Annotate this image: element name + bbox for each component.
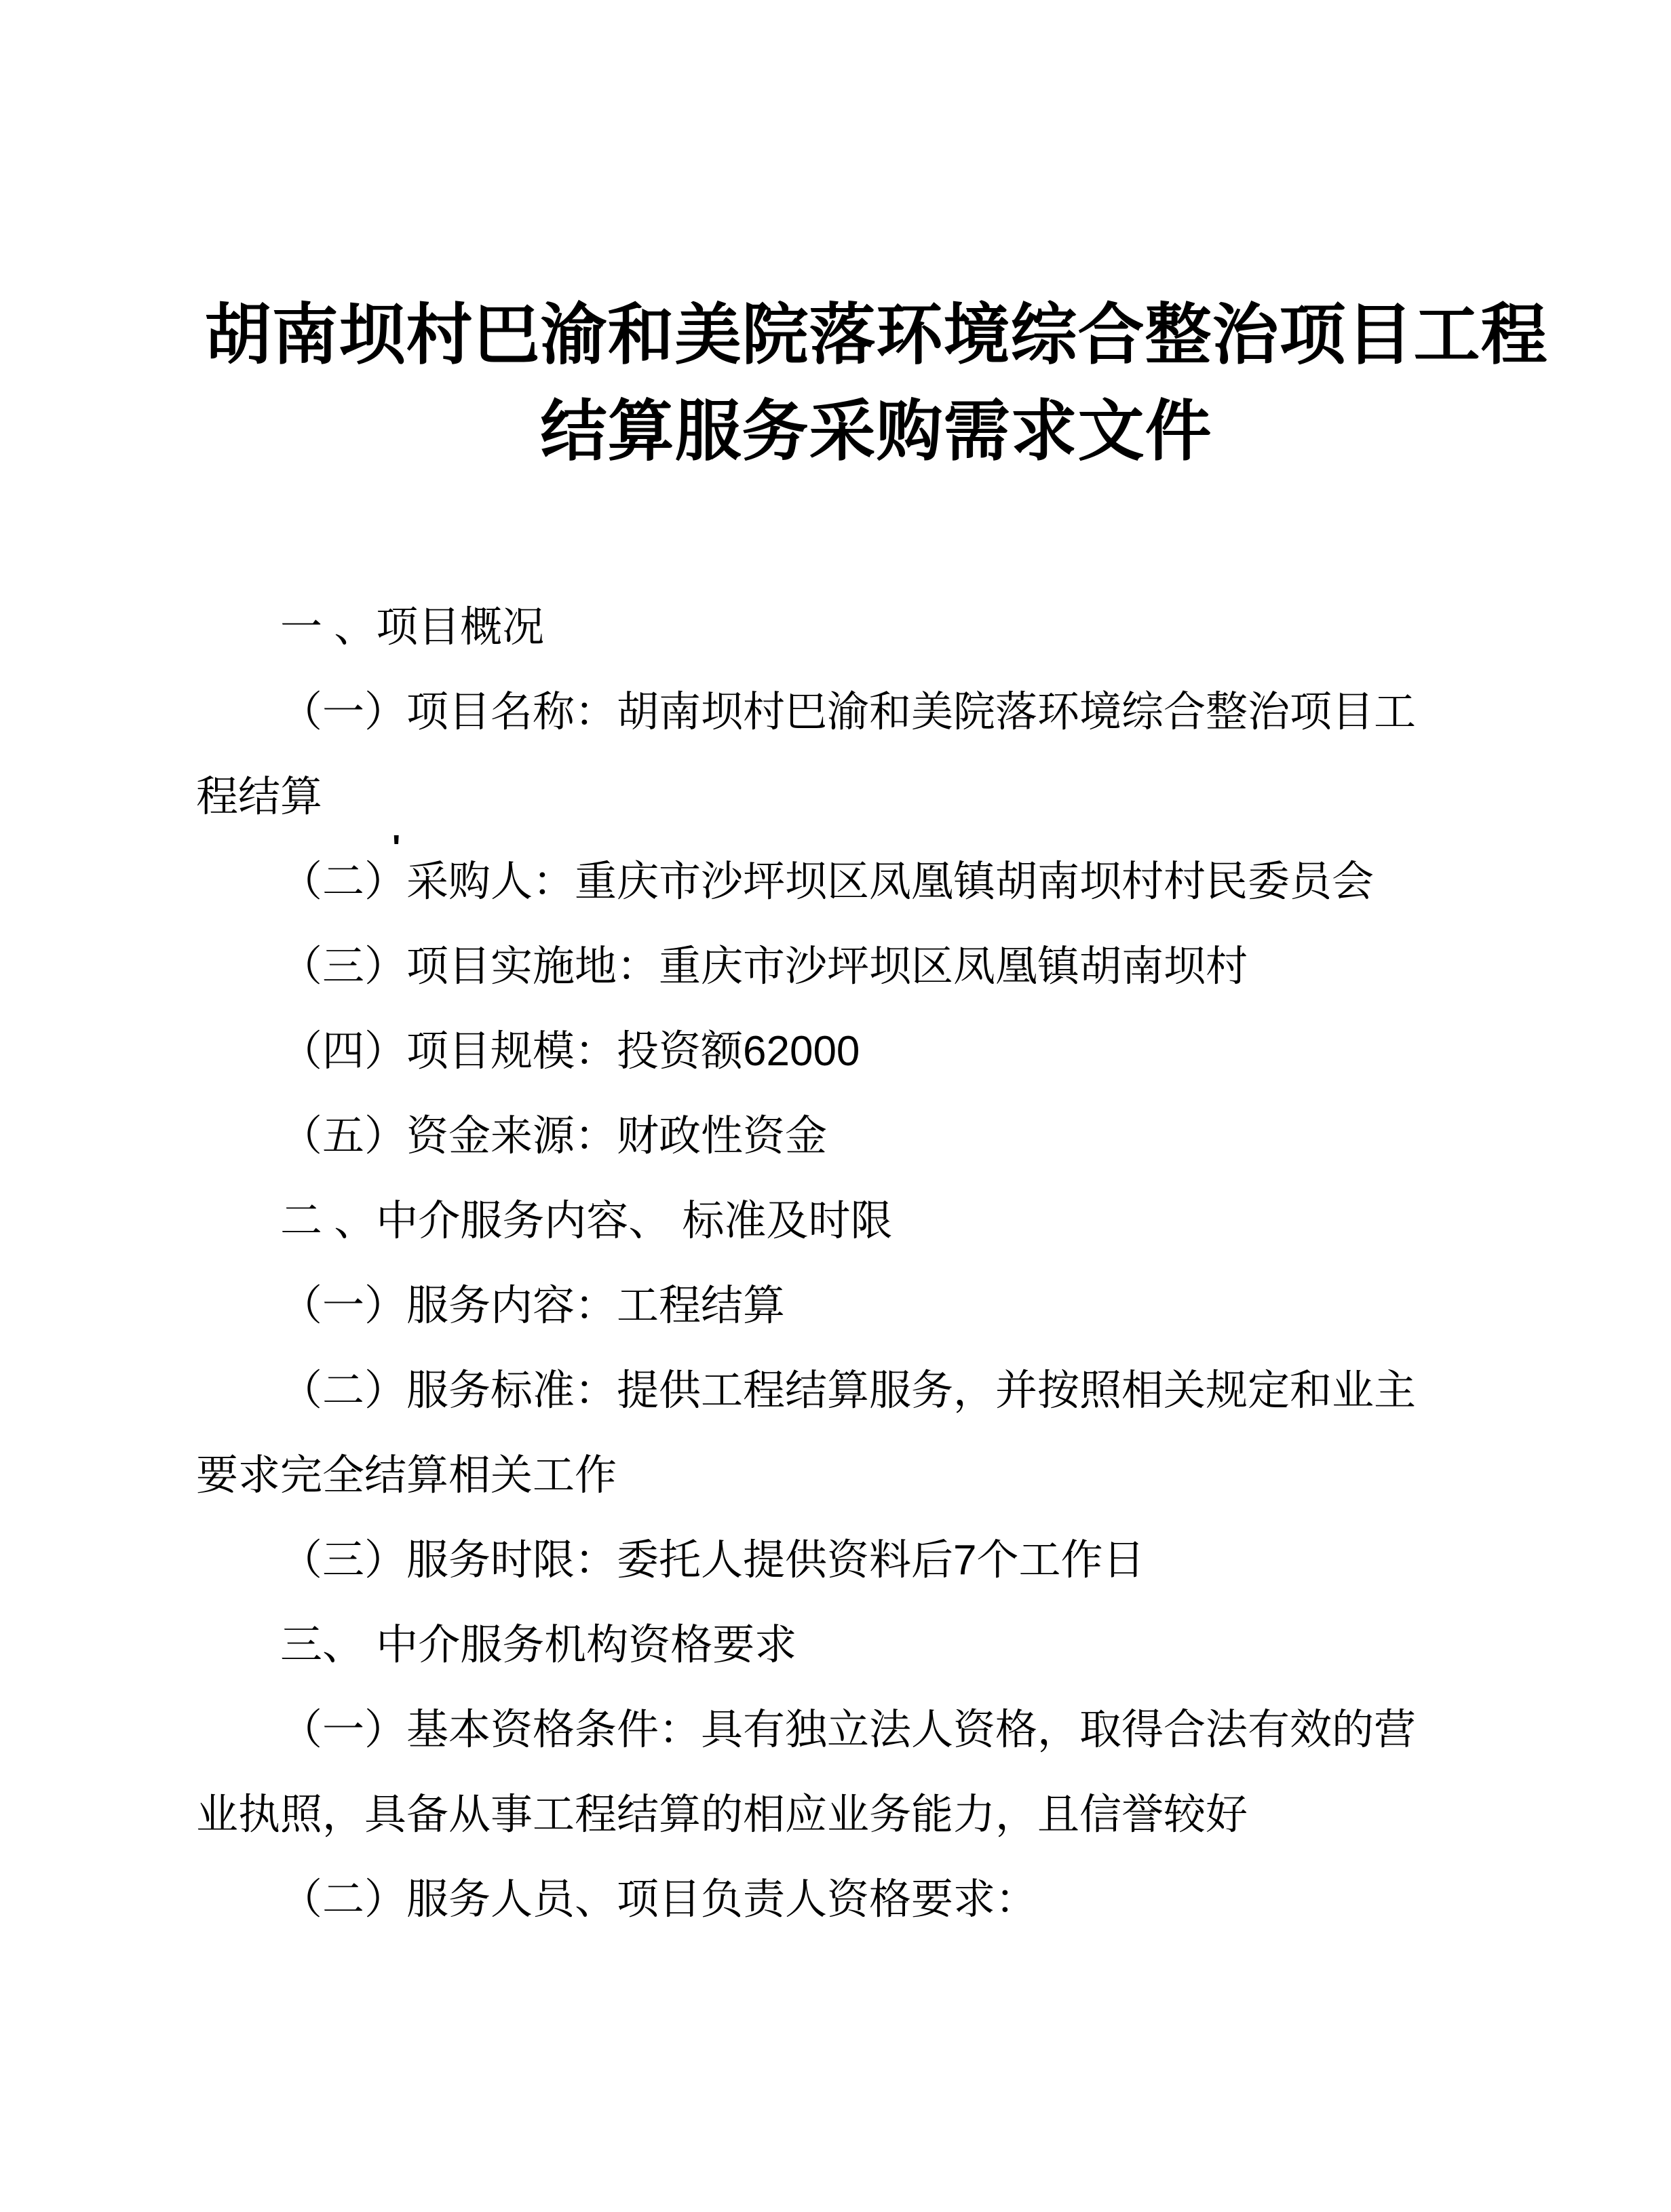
document-line: 业执照，具备从事工程结算的相应业务能力，且信誉较好 xyxy=(196,1772,1512,1857)
document-line: （一）服务内容：工程结算 xyxy=(196,1263,1512,1348)
document-page: 胡南坝村巴渝和美院落环境综合整治项目工程 结算服务采购需求文件 ' 一 、项目概… xyxy=(0,0,1671,2212)
document-line: （一）项目名称：胡南坝村巴渝和美院落环境综合整治项目工 xyxy=(196,670,1512,755)
document-line: 程结算 xyxy=(196,755,1512,839)
document-body: 一 、项目概况（一）项目名称：胡南坝村巴渝和美院落环境综合整治项目工程结算（二）… xyxy=(196,585,1512,1942)
document-line: （三）项目实施地：重庆市沙坪坝区凤凰镇胡南坝村 xyxy=(196,924,1512,1009)
document-line: （二）采购人：重庆市沙坪坝区凤凰镇胡南坝村村民委员会 xyxy=(196,839,1512,924)
document-line: 要求完全结算相关工作 xyxy=(196,1433,1512,1518)
document-line: （三）服务时限：委托人提供资料后7个工作日 xyxy=(196,1518,1512,1603)
document-line: （二）服务标准：提供工程结算服务，并按照相关规定和业主 xyxy=(196,1348,1512,1433)
document-line: 二 、中介服务内容、 标准及时限 xyxy=(196,1179,1512,1263)
document-line: （一）基本资格条件：具有独立法人资格，取得合法有效的营 xyxy=(196,1687,1512,1772)
document-title-line-1: 胡南坝村巴渝和美院落环境综合整治项目工程 xyxy=(41,286,1671,383)
document-line: （四）项目规模：投资额62000 xyxy=(196,1009,1512,1094)
document-line: （五）资金来源：财政性资金 xyxy=(196,1094,1512,1179)
document-line: （二）服务人员、项目负责人资格要求： xyxy=(196,1857,1512,1942)
document-line: 一 、项目概况 xyxy=(196,585,1512,670)
document-title: 胡南坝村巴渝和美院落环境综合整治项目工程 结算服务采购需求文件 xyxy=(41,286,1671,479)
document-line: 三、 中介服务机构资格要求 xyxy=(196,1603,1512,1687)
document-title-line-2: 结算服务采购需求文件 xyxy=(41,383,1671,479)
